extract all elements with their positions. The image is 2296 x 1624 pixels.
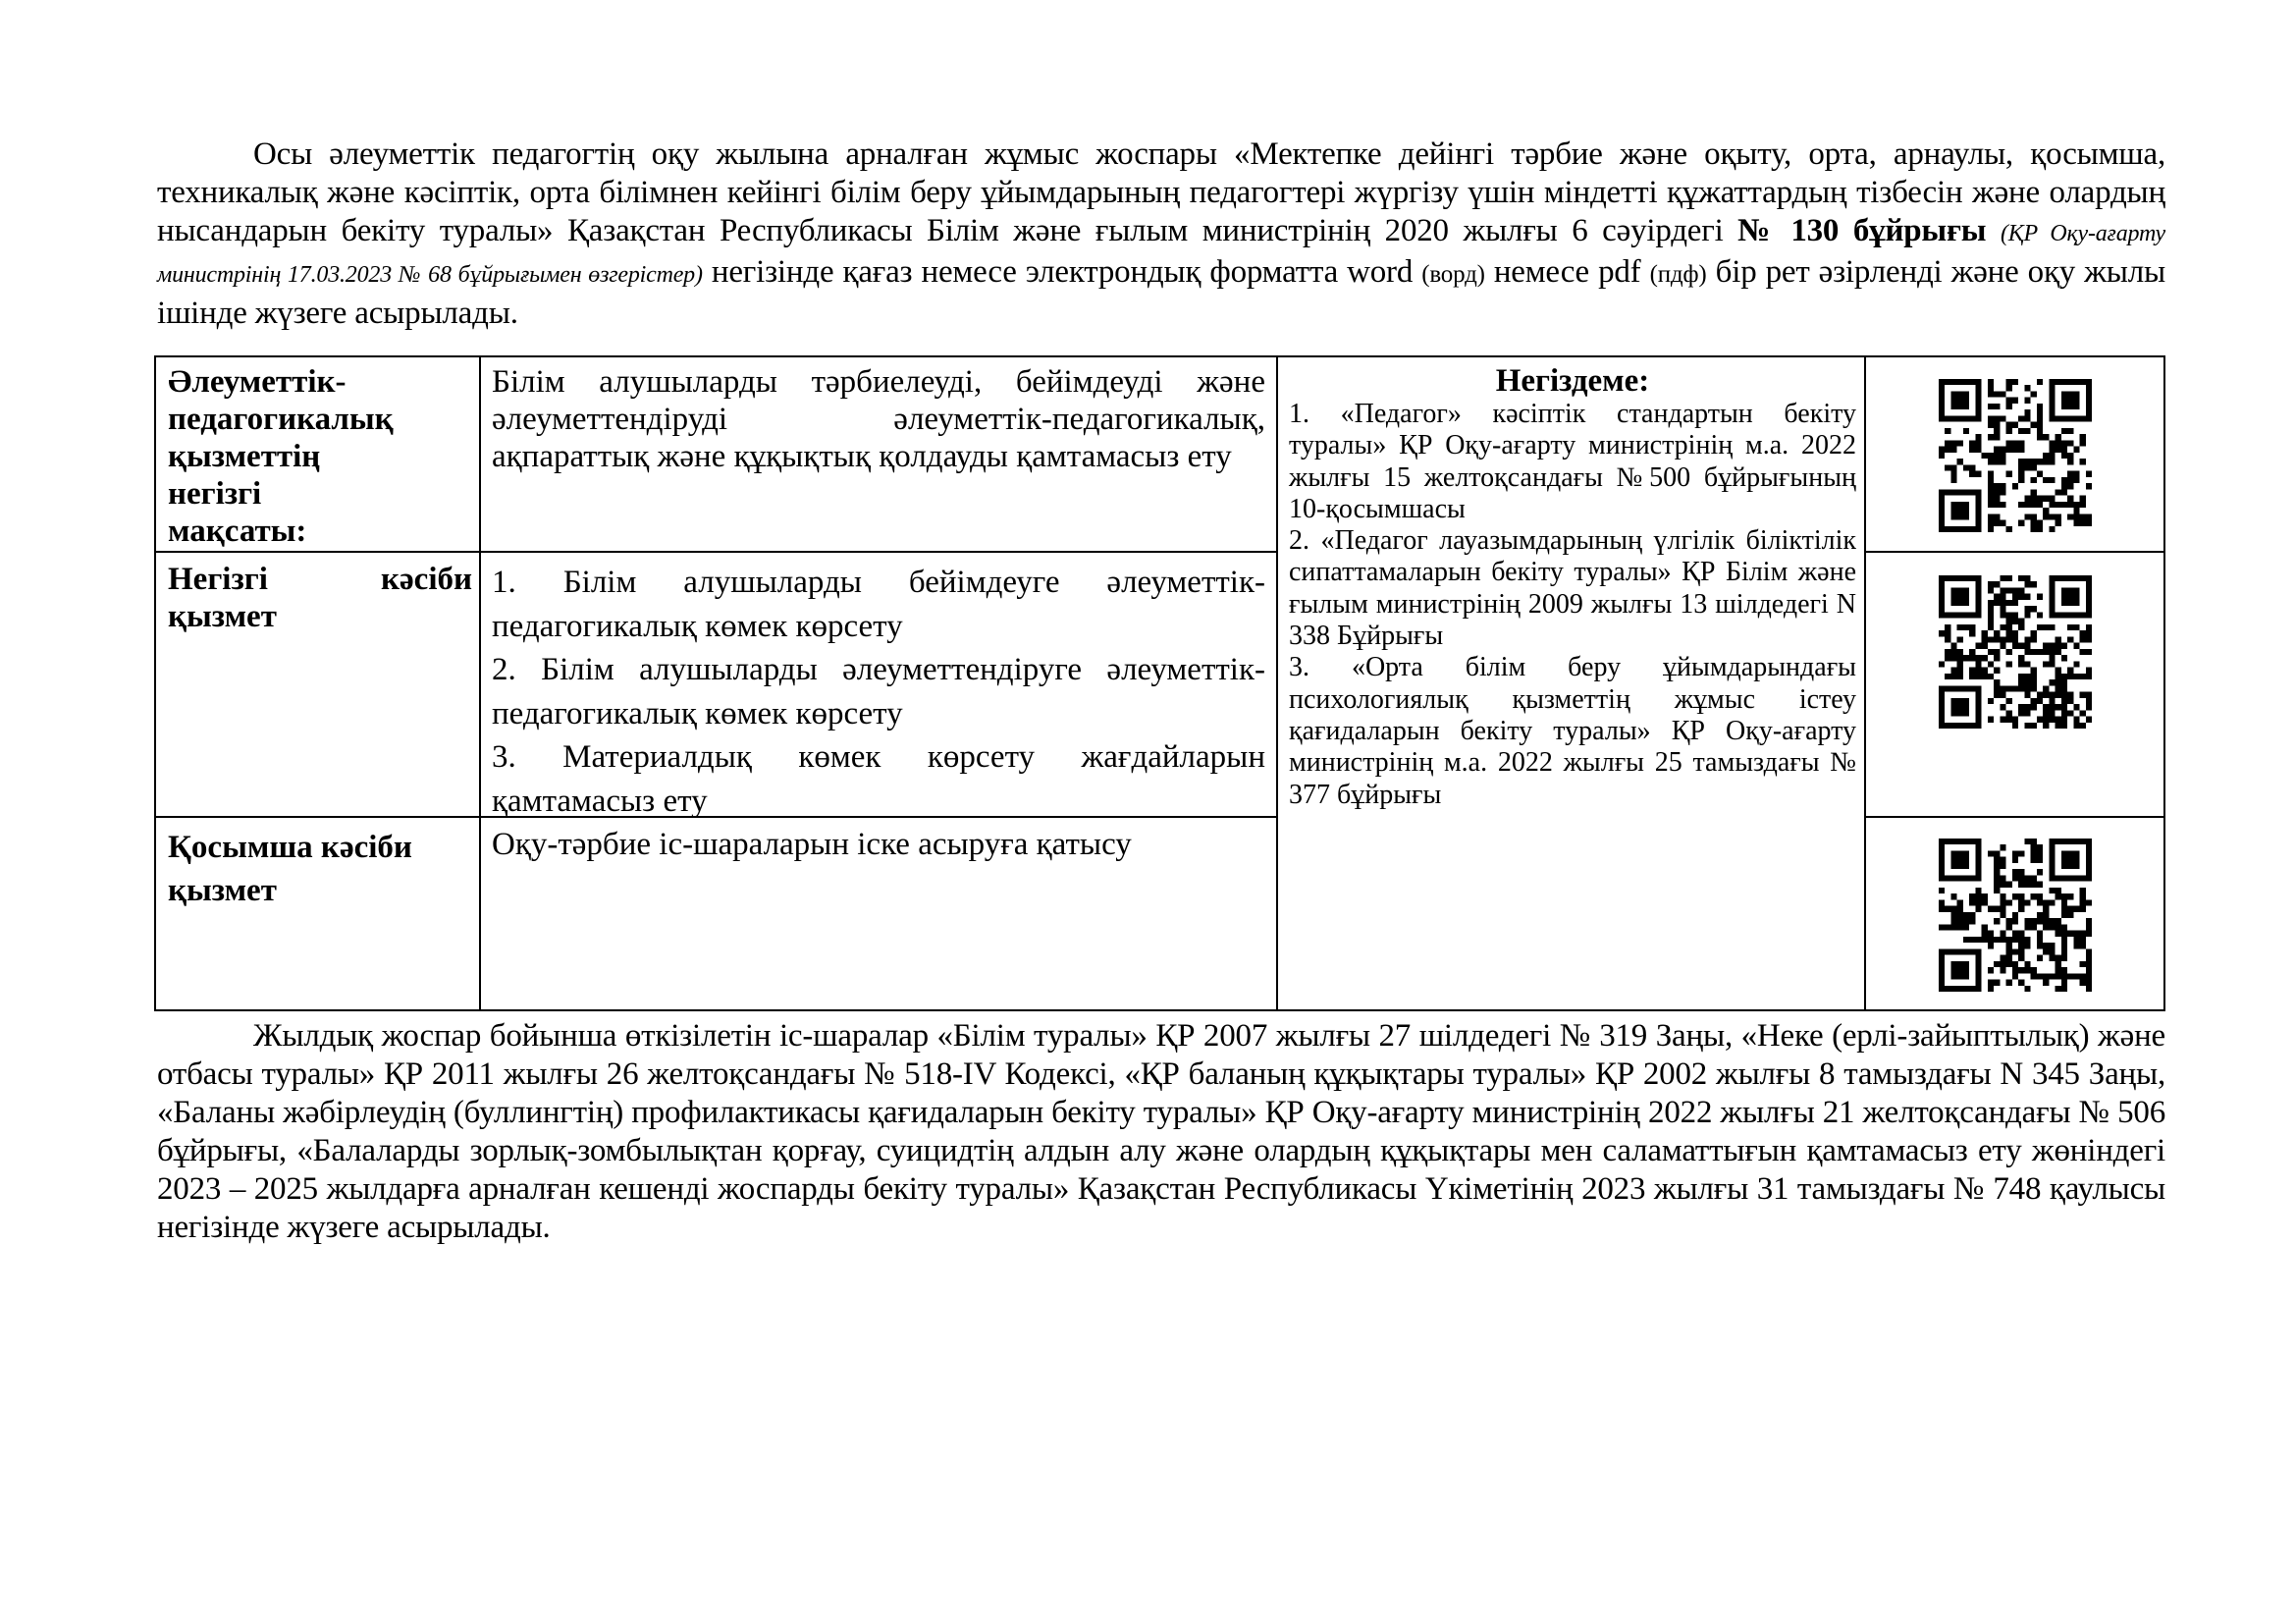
divider (1864, 551, 2165, 553)
closing-paragraph: Жылдық жоспар бойынша өткізілетін іс-шар… (157, 1017, 2165, 1247)
qr-code-icon[interactable] (1939, 379, 2092, 532)
divider (156, 551, 1276, 553)
row-label-additional-activity: Қосымша кәсіби қызмет (168, 826, 472, 912)
basis-item: 3. «Орта білім беру ұйымдарындағы психол… (1289, 652, 1856, 810)
label-text: Әлеуметтік-педагогикалық қызметтің негіз… (168, 363, 364, 550)
list-item: 3. Материалдық көмек көрсету жағдайларын… (492, 735, 1265, 823)
intro-paragraph: Осы әлеуметтік педагогтің оқу жылына арн… (157, 135, 2165, 333)
order-number: № 130 бұйрығы (1737, 213, 1986, 248)
divider (1864, 357, 1866, 1009)
basis-item: 1. «Педагог» кәсіптік стандартын бекіту … (1289, 399, 1856, 525)
row-label-main-activity: Негізгі кәсіби қызмет (168, 561, 472, 635)
intro-text: негізінде қағаз немесе электрондық форма… (703, 254, 1421, 290)
activity-table: Әлеуметтік-педагогикалық қызметтің негіз… (154, 355, 2165, 1011)
row-content-main-activity: 1. Білім алушыларды бейімдеуге әлеуметті… (492, 561, 1265, 823)
label-text: Қосымша кәсіби қызмет (168, 826, 472, 912)
basis-title: Негіздеме: (1289, 363, 1856, 399)
qr-code-icon[interactable] (1939, 575, 2092, 729)
divider (479, 357, 481, 1009)
format-note: (ворд) (1421, 261, 1484, 288)
list-item: 2. Білім алушыларды әлеуметтендіруге әле… (492, 648, 1265, 735)
row-content-additional-activity: Оқу-тәрбие іс-шараларын іске асыруға қат… (492, 826, 1267, 863)
divider (1276, 357, 1278, 1009)
basis-item: 2. «Педагог лауазымдарының үлгілік білік… (1289, 525, 1856, 652)
label-text: Негізгі кәсіби қызмет (168, 561, 472, 635)
format-note: (пдф) (1650, 261, 1707, 288)
qr-code-icon[interactable] (1939, 839, 2092, 992)
divider (1864, 816, 2165, 818)
basis-cell: Негіздеме: 1. «Педагог» кәсіптік стандар… (1289, 363, 1856, 811)
content-text: Білім алушыларды тәрбиелеуді, бейімдеуді… (492, 363, 1265, 475)
intro-text: немесе pdf (1485, 254, 1650, 290)
row-label-goal: Әлеуметтік-педагогикалық қызметтің негіз… (168, 363, 472, 550)
list-item: 1. Білім алушыларды бейімдеуге әлеуметті… (492, 561, 1265, 648)
closing-text: Жылдық жоспар бойынша өткізілетін іс-шар… (157, 1018, 2165, 1245)
content-text: Оқу-тәрбие іс-шараларын іске асыруға қат… (492, 826, 1267, 863)
row-content-goal: Білім алушыларды тәрбиелеуді, бейімдеуді… (492, 363, 1265, 475)
